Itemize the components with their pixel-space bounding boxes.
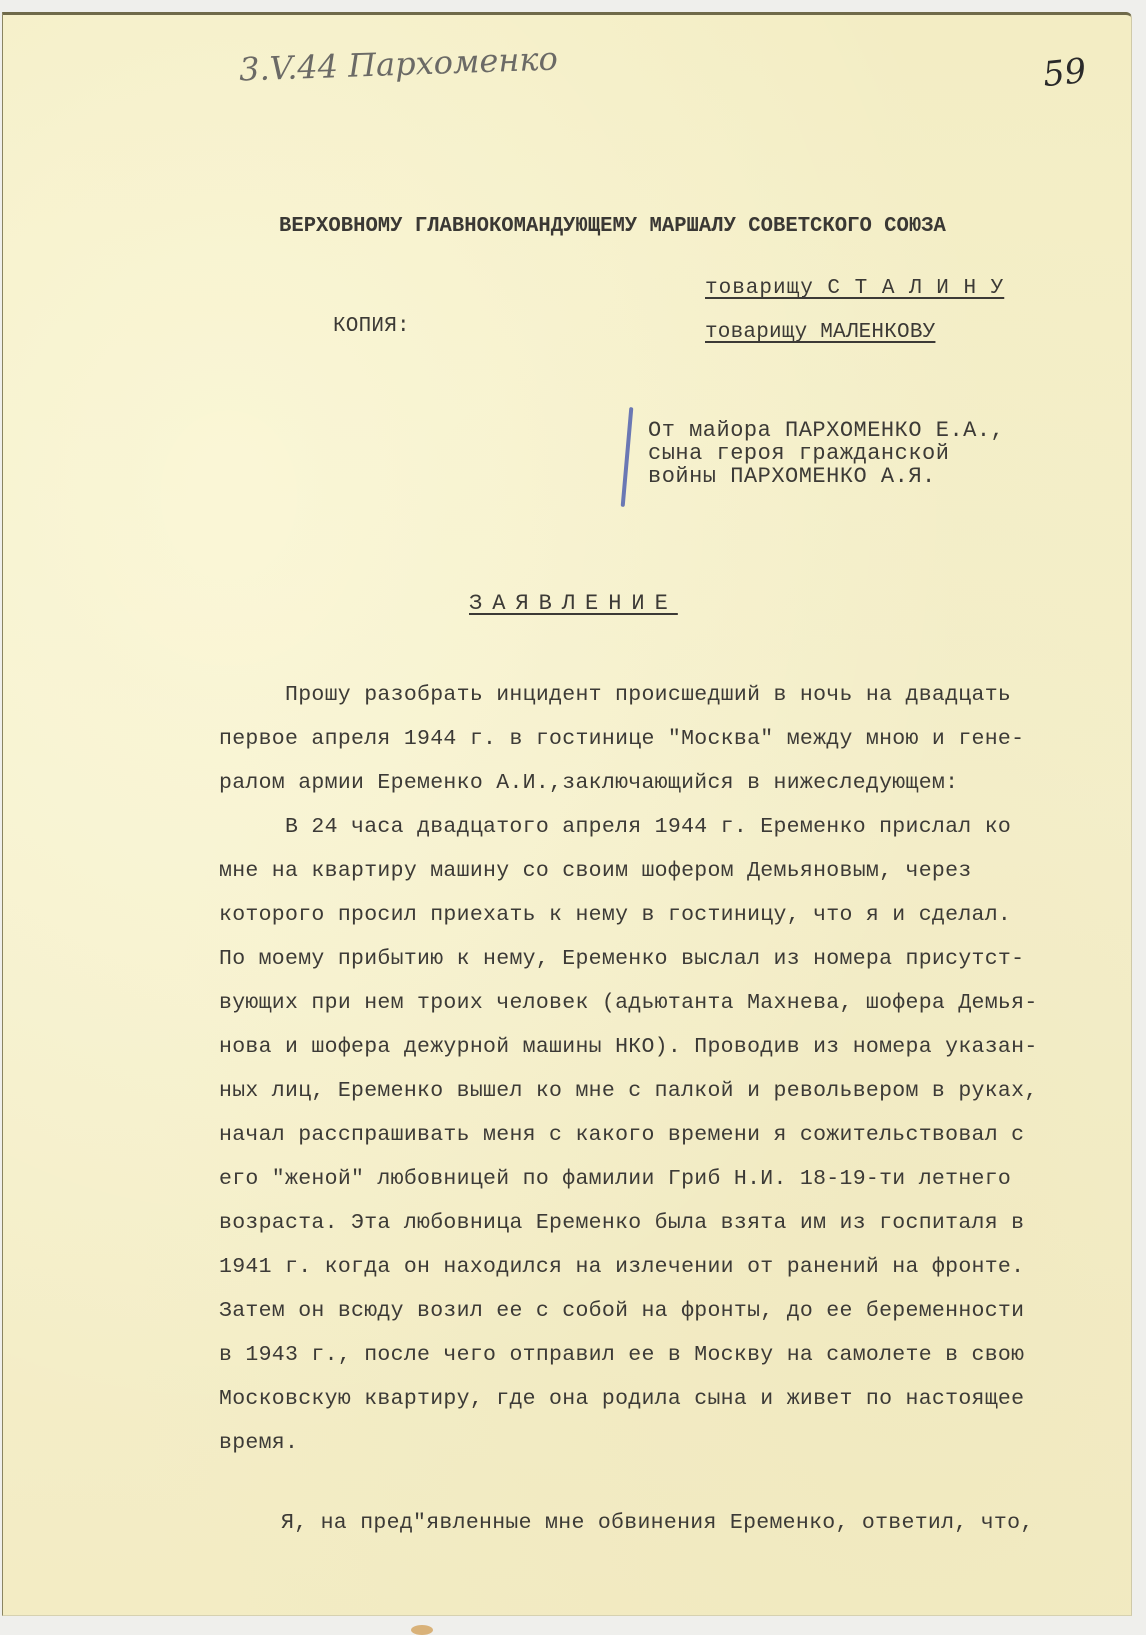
body-line: в 1943 г., после чего отправил ее в Моск… xyxy=(219,1343,1024,1367)
blue-pen-mark xyxy=(621,407,634,507)
body-line: ных лиц, Еременко вышел ко мне с палкой … xyxy=(219,1079,1038,1103)
copy-label: КОПИЯ: xyxy=(333,315,410,338)
page-number: 59 xyxy=(1041,51,1088,95)
recipient-malenkov: товарищу МАЛЕНКОВУ xyxy=(705,321,935,344)
recipient-stalin: товарищу С Т А Л И Н У xyxy=(705,277,1004,300)
body-line: Московскую квартиру, где она родила сына… xyxy=(219,1387,1024,1411)
body-line: вующих при нем троих человек (адьютанта … xyxy=(219,991,1038,1015)
handwritten-date-note: 3.V.44 Пархоменко xyxy=(238,39,558,88)
document-page: 3.V.44 Пархоменко 59 ВЕРХОВНОМУ ГЛАВНОКО… xyxy=(2,12,1132,1616)
body-line: Я, на пред"явленные мне обвинения Еремен… xyxy=(281,1511,1034,1535)
body-line: мне на квартиру машину со своим шофером … xyxy=(219,859,972,883)
body-line: По моему прибытию к нему, Еременко высла… xyxy=(219,947,1024,971)
sender-line: сына героя гражданской xyxy=(648,442,949,465)
body-line: В 24 часа двадцатого апреля 1944 г. Ерем… xyxy=(285,815,1011,839)
paper-stain xyxy=(411,1625,433,1629)
body-line: возраста. Эта любовница Еременко была вз… xyxy=(219,1211,1024,1235)
body-line: Прошу разобрать инцидент происшедший в н… xyxy=(285,683,1011,707)
body-line: которого просил приехать к нему в гостин… xyxy=(219,903,1011,927)
body-line: Затем он всюду возил ее с собой на фронт… xyxy=(219,1299,1024,1323)
document-title: ЗАЯВЛЕНИЕ xyxy=(469,591,678,616)
body-line: его "женой" любовницей по фамилии Гриб Н… xyxy=(219,1167,1011,1191)
sender-line: От майора ПАРХОМЕНКО Е.А., xyxy=(648,419,1004,442)
body-line: первое апреля 1944 г. в гостинице "Москв… xyxy=(219,727,1024,751)
addressee-line: ВЕРХОВНОМУ ГЛАВНОКОМАНДУЮЩЕМУ МАРШАЛУ СО… xyxy=(279,215,946,238)
body-line: начал расспрашивать меня с какого времен… xyxy=(219,1123,1024,1147)
sender-line: войны ПАРХОМЕНКО А.Я. xyxy=(648,465,936,488)
body-line: время. xyxy=(219,1431,298,1455)
body-line: ралом армии Еременко А.И.,заключающийся … xyxy=(219,771,958,795)
body-line: 1941 г. когда он находился на излечении … xyxy=(219,1255,1024,1279)
body-line: нова и шофера дежурной машины НКО). Пров… xyxy=(219,1035,1038,1059)
